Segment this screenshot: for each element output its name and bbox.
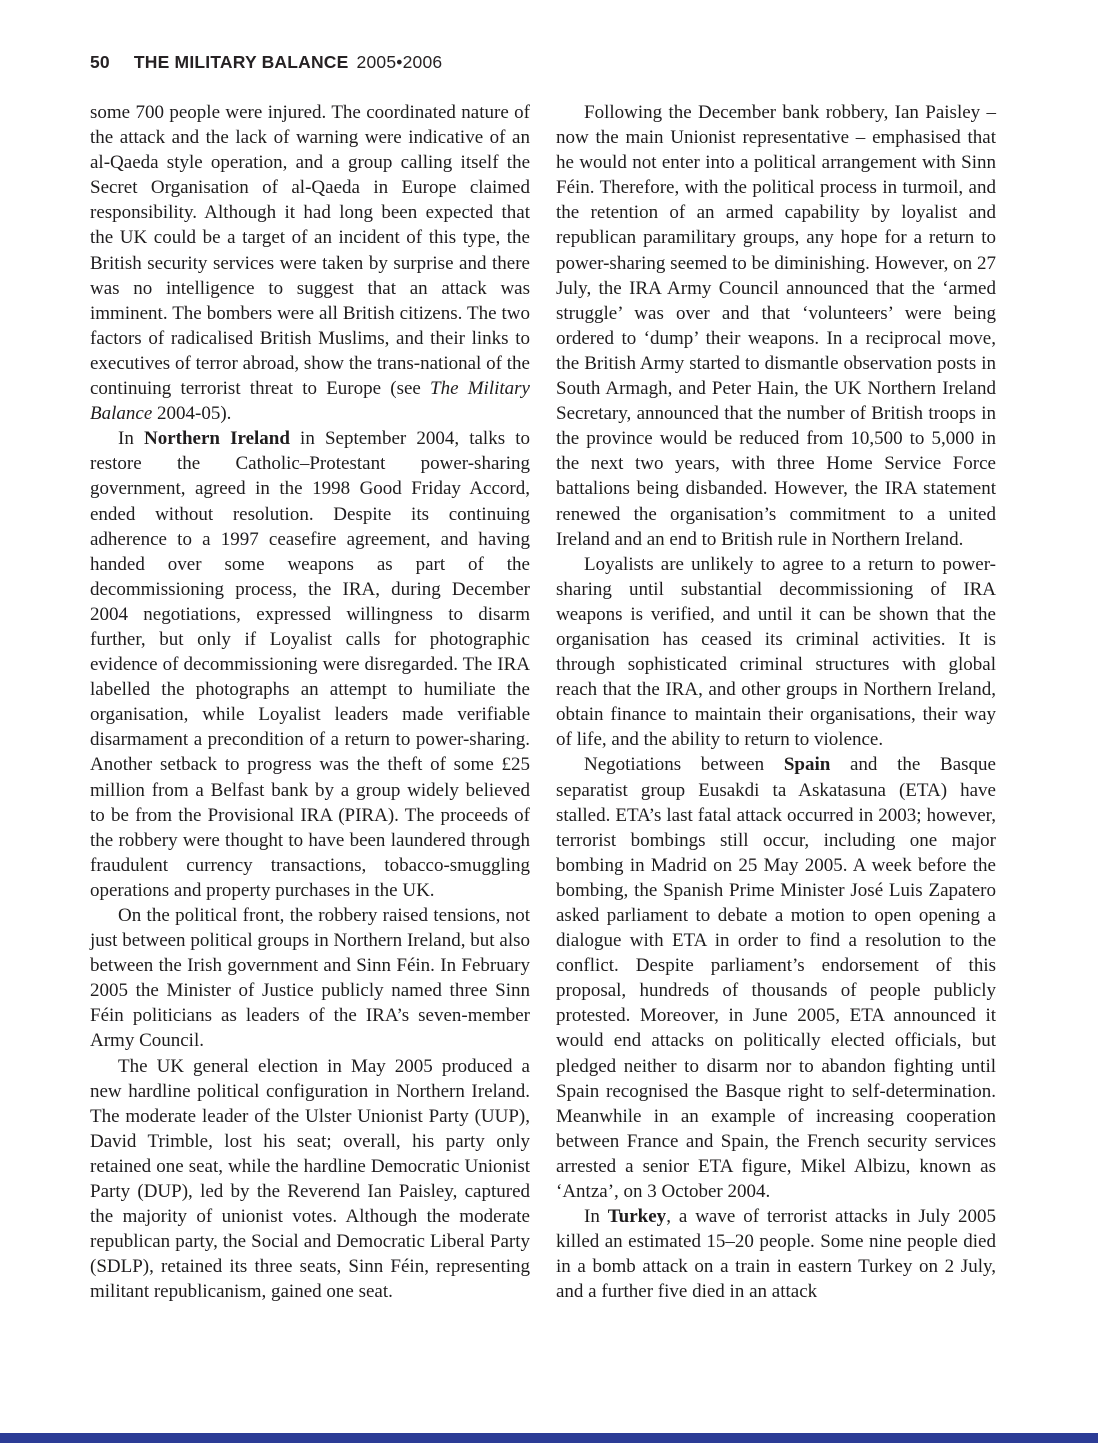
footer-color-bar (0, 1433, 1098, 1443)
text-run: In (118, 428, 144, 449)
two-column-body: some 700 people were injured. The coordi… (90, 100, 996, 1305)
left-column: some 700 people were injured. The coordi… (90, 100, 530, 1305)
document-page: 50 THE MILITARY BALANCE 2005•2006 some 7… (0, 0, 1098, 1447)
paragraph: On the political front, the robbery rais… (90, 903, 530, 1054)
text-run: Turkey (608, 1206, 666, 1227)
page-number: 50 (90, 52, 110, 73)
paragraph: In Northern Ireland in September 2004, t… (90, 426, 530, 903)
text-run: Following the December bank robbery, Ian… (556, 102, 996, 550)
text-run: In (584, 1206, 608, 1227)
paragraph: Loyalists are unlikely to agree to a ret… (556, 552, 996, 753)
paragraph: Following the December bank robbery, Ian… (556, 100, 996, 552)
text-run: Northern Ireland (144, 428, 290, 449)
text-run: some 700 people were injured. The coordi… (90, 102, 530, 399)
text-run: 2004-05). (152, 403, 231, 424)
page-header: 50 THE MILITARY BALANCE 2005•2006 (90, 52, 1010, 73)
text-run: The UK general election in May 2005 prod… (90, 1056, 530, 1303)
book-title: THE MILITARY BALANCE (134, 52, 349, 73)
text-run: Spain (784, 754, 830, 775)
right-column: Following the December bank robbery, Ian… (556, 100, 996, 1305)
paragraph: The UK general election in May 2005 prod… (90, 1054, 530, 1305)
paragraph: In Turkey, a wave of terrorist attacks i… (556, 1204, 996, 1304)
text-run: Loyalists are unlikely to agree to a ret… (556, 554, 996, 751)
paragraph: some 700 people were injured. The coordi… (90, 100, 530, 426)
text-run: in September 2004, talks to restore the … (90, 428, 530, 901)
text-run: and the Basque separatist group Eusakdi … (556, 754, 996, 1202)
edition-years: 2005•2006 (357, 52, 443, 73)
text-run: Negotiations between (584, 754, 784, 775)
text-run: On the political front, the robbery rais… (90, 905, 530, 1051)
paragraph: Negotiations between Spain and the Basqu… (556, 752, 996, 1204)
